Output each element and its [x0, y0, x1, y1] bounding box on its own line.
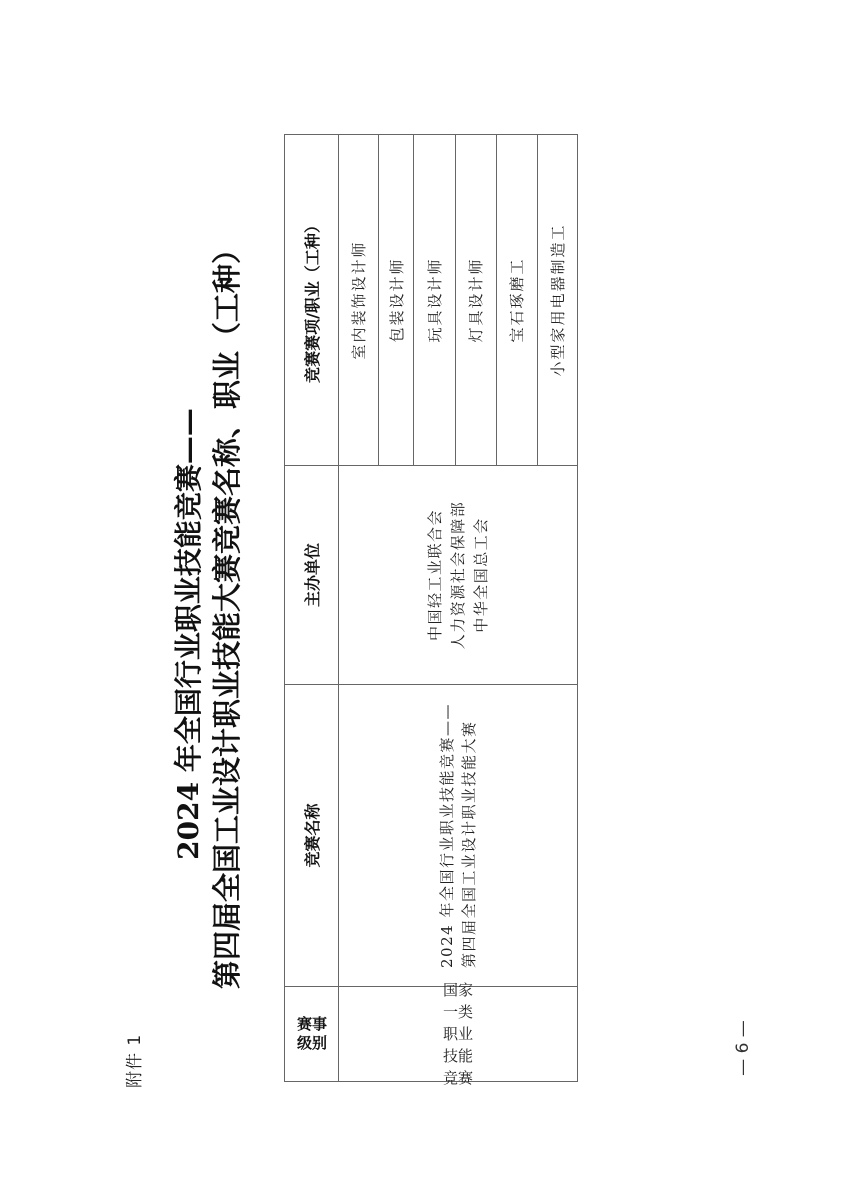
occupation-cell: 灯具设计师: [455, 135, 496, 466]
organizer-cell: 中国轻工业联合会 人力资源社会保障部 中华全国总工会: [339, 466, 578, 685]
table-row: 国家 一类 职业 技能 竞赛 2024 年全国行业职业技能竞赛—— 第四届全国工…: [339, 135, 379, 1082]
attachment-label: 附件 1: [120, 1034, 145, 1088]
competition-table: 赛事 级别 竞赛名称 主办单位 竞赛赛项/职业（工种） 国家 一类 职业 技能 …: [284, 134, 578, 1082]
level-text: 国家 一类 职业 技能 竞赛: [443, 979, 473, 1089]
table-header-row: 赛事 级别 竞赛名称 主办单位 竞赛赛项/职业（工种）: [285, 135, 339, 1082]
header-level-text: 赛事 级别: [297, 1015, 327, 1053]
title-line2-text: 第四届全国工业设计职业技能大赛竞赛名称、职业（工种）: [210, 235, 244, 989]
competition-name-line: 第四届全国工业设计职业技能大赛: [458, 703, 480, 968]
header-occupation: 竞赛赛项/职业（工种）: [285, 135, 339, 466]
occupation-cell: 包装设计师: [379, 135, 414, 466]
document-viewport: 附件 1 2024 年全国行业职业技能竞赛—— 第四届全国工业设计职业技能大赛竞…: [0, 0, 848, 1200]
document-page-rotated: 附件 1 2024 年全国行业职业技能竞赛—— 第四届全国工业设计职业技能大赛竞…: [0, 0, 848, 1200]
organizer-item: 中华全国总工会: [470, 501, 493, 650]
organizer-item: 中国轻工业联合会: [424, 501, 447, 650]
occupation-cell: 室内装饰设计师: [339, 135, 379, 466]
occupation-cell: 宝石琢磨工: [496, 135, 537, 466]
level-cell: 国家 一类 职业 技能 竞赛: [339, 987, 578, 1082]
document-title-line2: 第四届全国工业设计职业技能大赛竞赛名称、职业（工种）: [205, 0, 246, 1200]
document-title-line1: 2024 年全国行业职业技能竞赛——: [167, 0, 207, 1200]
header-competition-name: 竞赛名称: [285, 685, 339, 987]
title-line1-text: 2024 年全国行业职业技能竞赛——: [172, 408, 205, 860]
organizer-item: 人力资源社会保障部: [447, 501, 470, 650]
header-organizer: 主办单位: [285, 466, 339, 685]
competition-name-text: 2024 年全国行业职业技能竞赛—— 第四届全国工业设计职业技能大赛: [436, 703, 480, 968]
page-number: — 6 —: [733, 1008, 753, 1088]
occupation-cell: 玩具设计师: [414, 135, 455, 466]
occupation-cell: 小型家用电器制造工: [537, 135, 577, 466]
competition-name-line: 2024 年全国行业职业技能竞赛——: [436, 703, 458, 968]
competition-name-cell: 2024 年全国行业职业技能竞赛—— 第四届全国工业设计职业技能大赛: [339, 685, 578, 987]
organizer-list: 中国轻工业联合会 人力资源社会保障部 中华全国总工会: [424, 501, 493, 650]
header-level: 赛事 级别: [285, 987, 339, 1082]
